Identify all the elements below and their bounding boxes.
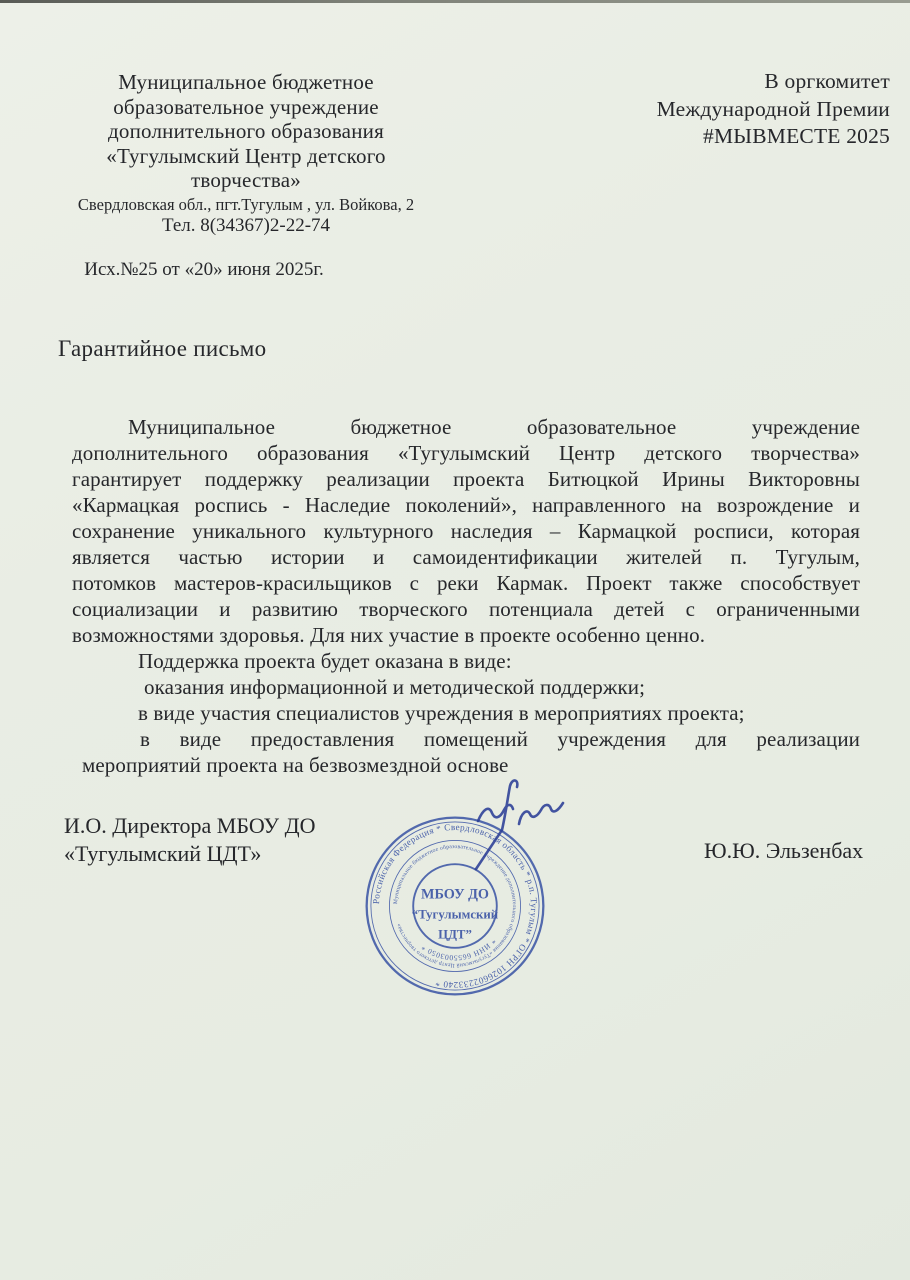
body-line: социализации и развитию творческого поте…: [72, 596, 860, 622]
stamp-center-line-2: “Тугулымский: [412, 907, 499, 921]
stamp-center-line-1: МБОУ ДО: [421, 886, 489, 902]
letterhead-block: Муниципальное бюджетное образовательное …: [55, 70, 437, 281]
outgoing-ref-number: Исх.№25 от «20» июня 2025г.: [55, 259, 437, 281]
letterhead-address: Свердловская обл., пгт.Тугулым , ул. Вой…: [55, 195, 437, 215]
letterhead-org-line: дополнительного образования: [55, 119, 437, 144]
scan-edge-artifact: [0, 0, 910, 3]
letterhead-phone: Тел. 8(34367)2-22-74: [55, 215, 437, 237]
body-line: дополнительного образования «Тугулымский…: [72, 440, 860, 466]
body-line: оказания информационной и методической п…: [72, 674, 860, 700]
signature-zigzag-stroke: [478, 805, 513, 821]
signature-main-diagonal-stroke: [476, 780, 517, 869]
stamp-center-line-3: ЦДТ”: [438, 927, 472, 941]
letterhead-org-line: «Тугулымский Центр детского: [55, 144, 437, 169]
body-line: Муниципальное бюджетное образовательное …: [72, 414, 860, 440]
letterhead-org-line: творчества»: [55, 168, 437, 193]
signer-position-line: И.О. Директора МБОУ ДО: [64, 812, 315, 840]
addressee-line: #МЫВМЕСТЕ 2025: [570, 123, 890, 151]
letterhead-org-line: Муниципальное бюджетное: [55, 70, 437, 95]
body-line: в виде участия специалистов учреждения в…: [72, 700, 860, 726]
handwritten-signature: [430, 755, 600, 885]
body-line: «Кармацкая роспись - Наследие поколений»…: [72, 492, 860, 518]
addressee-line: В оргкомитет: [570, 68, 890, 96]
body-line: Поддержка проекта будет оказана в виде:: [72, 648, 860, 674]
letter-body: Муниципальное бюджетное образовательное …: [72, 414, 860, 778]
handwritten-signature-svg: [430, 755, 600, 885]
addressee-line: Международной Премии: [570, 96, 890, 124]
signer-name: Ю.Ю. Эльзенбах: [704, 838, 863, 864]
letter-title: Гарантийное письмо: [58, 336, 266, 362]
body-line: является частью истории и самоидентифика…: [72, 544, 860, 570]
signature-tail-flourish-stroke: [519, 803, 563, 824]
signer-position-block: И.О. Директора МБОУ ДО «Тугулымский ЦДТ»: [64, 812, 315, 867]
body-line: возможностями здоровья. Для них участие …: [72, 622, 860, 648]
body-line: гарантирует поддержку реализации проекта…: [72, 466, 860, 492]
addressee-block: В оргкомитет Международной Премии #МЫВМЕ…: [570, 68, 890, 151]
signer-position-line: «Тугулымский ЦДТ»: [64, 840, 315, 868]
letterhead-org-line: образовательное учреждение: [55, 95, 437, 120]
body-line: потомков мастеров-красильщиков с реки Ка…: [72, 570, 860, 596]
body-line: сохранение уникального культурного насле…: [72, 518, 860, 544]
scanned-letter-page: Муниципальное бюджетное образовательное …: [0, 0, 910, 1280]
body-line: в виде предоставления помещений учрежден…: [72, 726, 860, 752]
